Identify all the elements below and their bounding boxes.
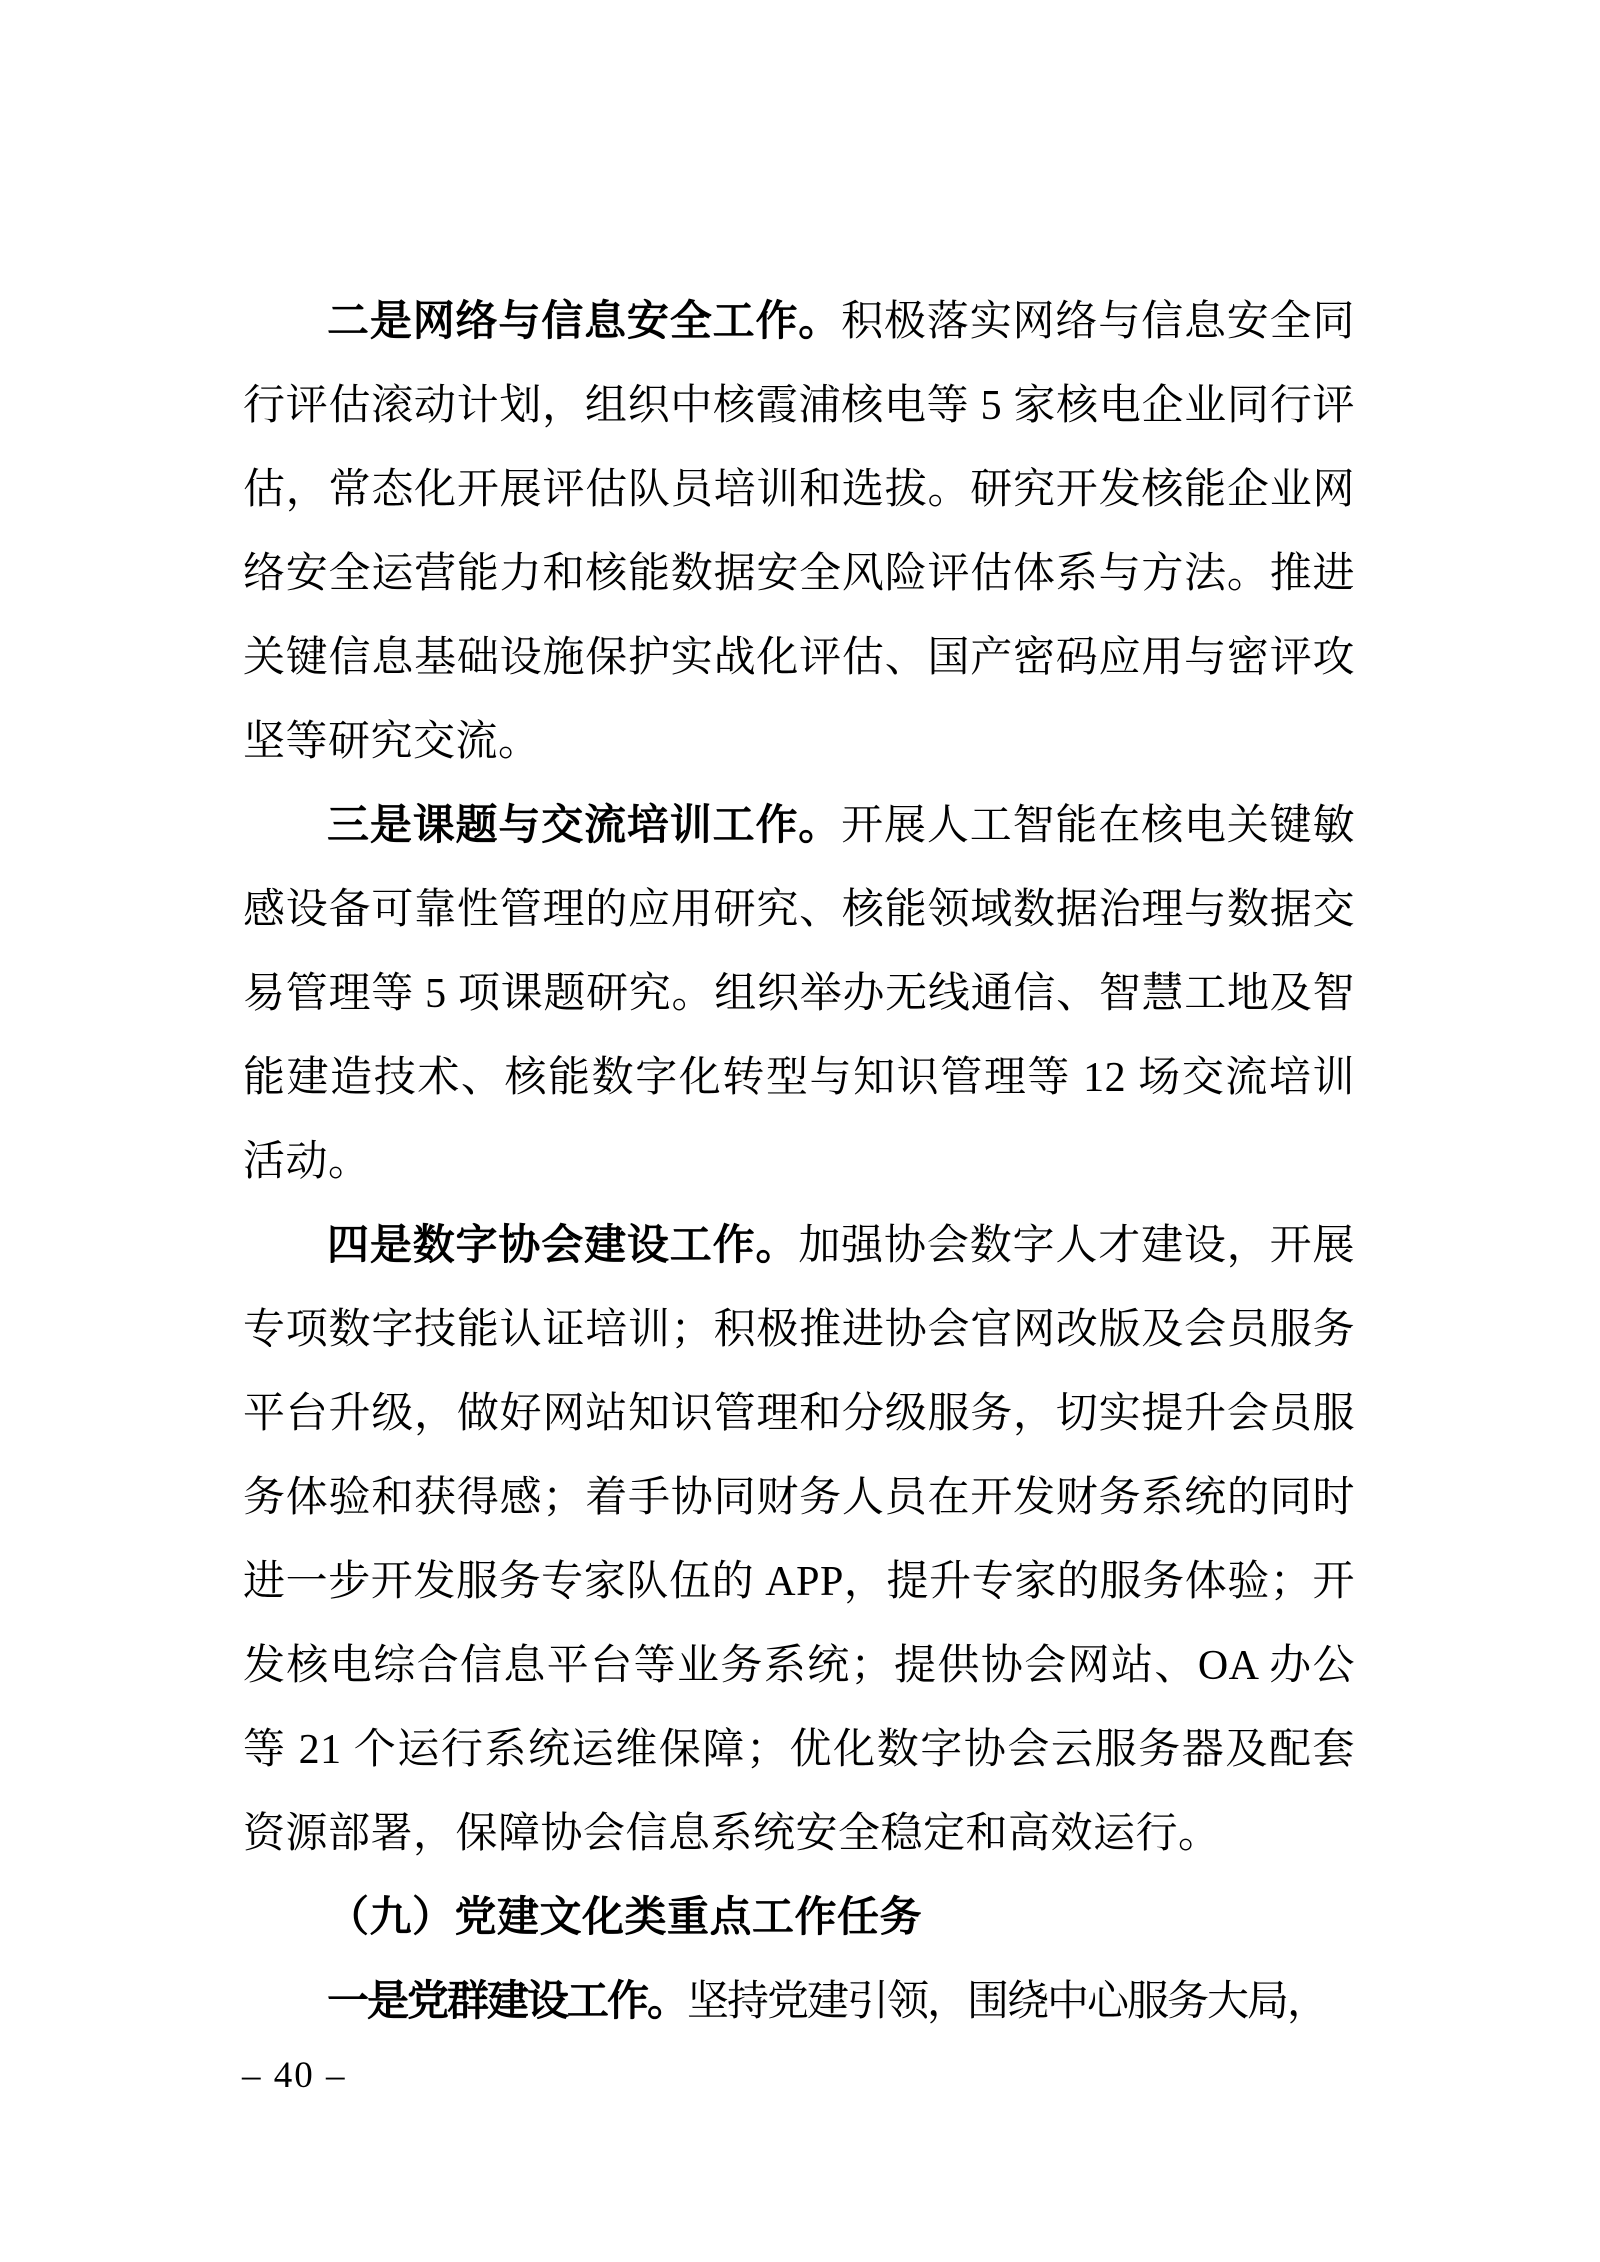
paragraph-lead: 二是网络与信息安全工作。 xyxy=(327,299,841,345)
paragraph: 二是网络与信息安全工作。积极落实网络与信息安全同行评估滚动计划，组织中核霞浦核电… xyxy=(243,280,1355,784)
section-heading: （九）党建文化类重点工作任务 xyxy=(243,1876,1355,1960)
paragraph-lead: 一是党群建设工作。 xyxy=(327,1979,687,2025)
paragraph: 三是课题与交流培训工作。开展人工智能在核电关键敏感设备可靠性管理的应用研究、核能… xyxy=(243,784,1355,1204)
paragraph-lead: 四是数字协会建设工作。 xyxy=(327,1223,798,1269)
paragraph: 一是党群建设工作。坚持党建引领，围绕中心服务大局， xyxy=(243,1960,1355,2044)
document-page: 二是网络与信息安全工作。积极落实网络与信息安全同行评估滚动计划，组织中核霞浦核电… xyxy=(0,0,1600,2262)
paragraph-body: 加强协会数字人才建设，开展专项数字技能认证培训；积极推进协会官网改版及会员服务平… xyxy=(243,1223,1355,1857)
page-number: – 40 – xyxy=(242,2056,347,2096)
paragraph-body: 坚持党建引领，围绕中心服务大局， xyxy=(687,1979,1327,2025)
paragraph-body: 积极落实网络与信息安全同行评估滚动计划，组织中核霞浦核电等 5 家核电企业同行评… xyxy=(243,299,1355,765)
paragraph-body: 开展人工智能在核电关键敏感设备可靠性管理的应用研究、核能领域数据治理与数据交易管… xyxy=(243,803,1355,1185)
paragraph-lead: 三是课题与交流培训工作。 xyxy=(327,803,841,849)
paragraph: 四是数字协会建设工作。加强协会数字人才建设，开展专项数字技能认证培训；积极推进协… xyxy=(243,1204,1355,1876)
document-body-text: 二是网络与信息安全工作。积极落实网络与信息安全同行评估滚动计划，组织中核霞浦核电… xyxy=(243,280,1355,2044)
